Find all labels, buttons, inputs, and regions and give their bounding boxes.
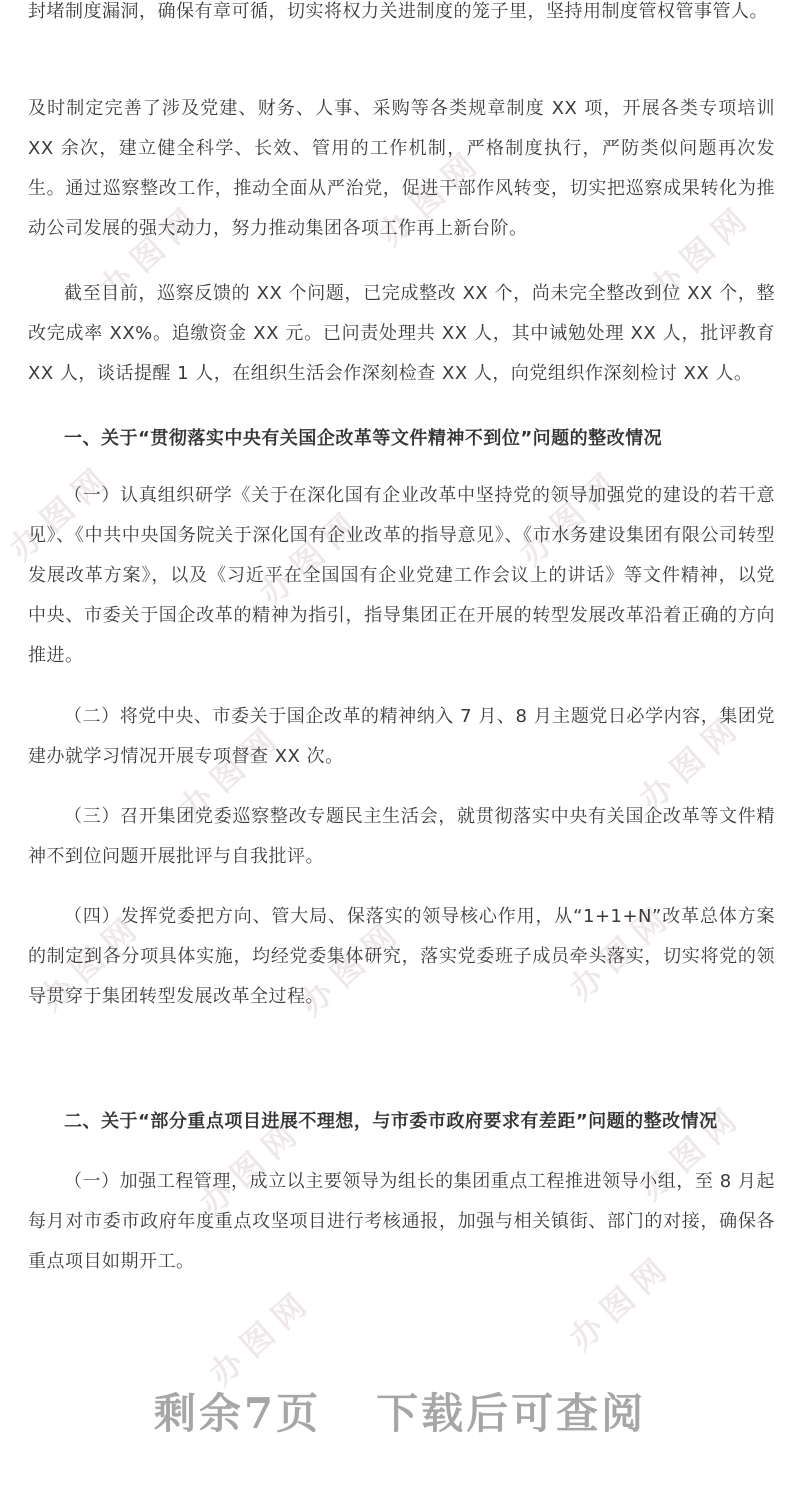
- download-hint-label: 下载后可查阅: [376, 1389, 646, 1438]
- paragraph: 及时制定完善了涉及党建、财务、人事、采购等各类规章制度 XX 项，开展各类专项培…: [28, 89, 775, 249]
- remaining-pages-label: 剩余7页: [154, 1389, 321, 1438]
- paragraph: （四）发挥党委把方向、管大局、保落实的领导核心作用，从“1+1+N”改革总体方案…: [28, 897, 775, 1017]
- paragraph: 封堵制度漏洞，确保有章可循，切实将权力关进制度的笼子里，坚持用制度管权管事管人。: [28, 0, 775, 32]
- watermark-text: 办图网: [198, 1276, 322, 1395]
- paragraph: （三）召开集团党委巡察整改专题民主生活会，就贯彻落实中央有关国企改革等文件精神不…: [28, 797, 775, 877]
- document-page: 办图网办图网办图网办图网办图网办图网办图网办图网办图网办图网办图网办图网办图网办…: [0, 0, 800, 1494]
- preview-footer: 剩余7页下载后可查阅: [0, 1388, 800, 1440]
- paragraph: （一）认真组织研学《关于在深化国有企业改革中坚持党的领导加强党的建设的若干意见》…: [28, 476, 775, 676]
- paragraph: （一）加强工程管理，成立以主要领导为组长的集团重点工程推进领导小组，至 8 月起…: [28, 1162, 775, 1282]
- section-heading: 二、关于“部分重点项目进展不理想，与市委市政府要求有差距”问题的整改情况: [28, 1102, 775, 1142]
- paragraph: （二）将党中央、市委关于国企改革的精神纳入 7 月、8 月主题党日必学内容，集团…: [28, 697, 775, 777]
- section-heading: 一、关于“贯彻落实中央有关国企改革等文件精神不到位”问题的整改情况: [28, 419, 775, 459]
- paragraph: 截至目前，巡察反馈的 XX 个问题，已完成整改 XX 个，尚未完全整改到位 XX…: [28, 274, 775, 394]
- document-body: 封堵制度漏洞，确保有章可循，切实将权力关进制度的笼子里，坚持用制度管权管事管人。…: [28, 0, 775, 1282]
